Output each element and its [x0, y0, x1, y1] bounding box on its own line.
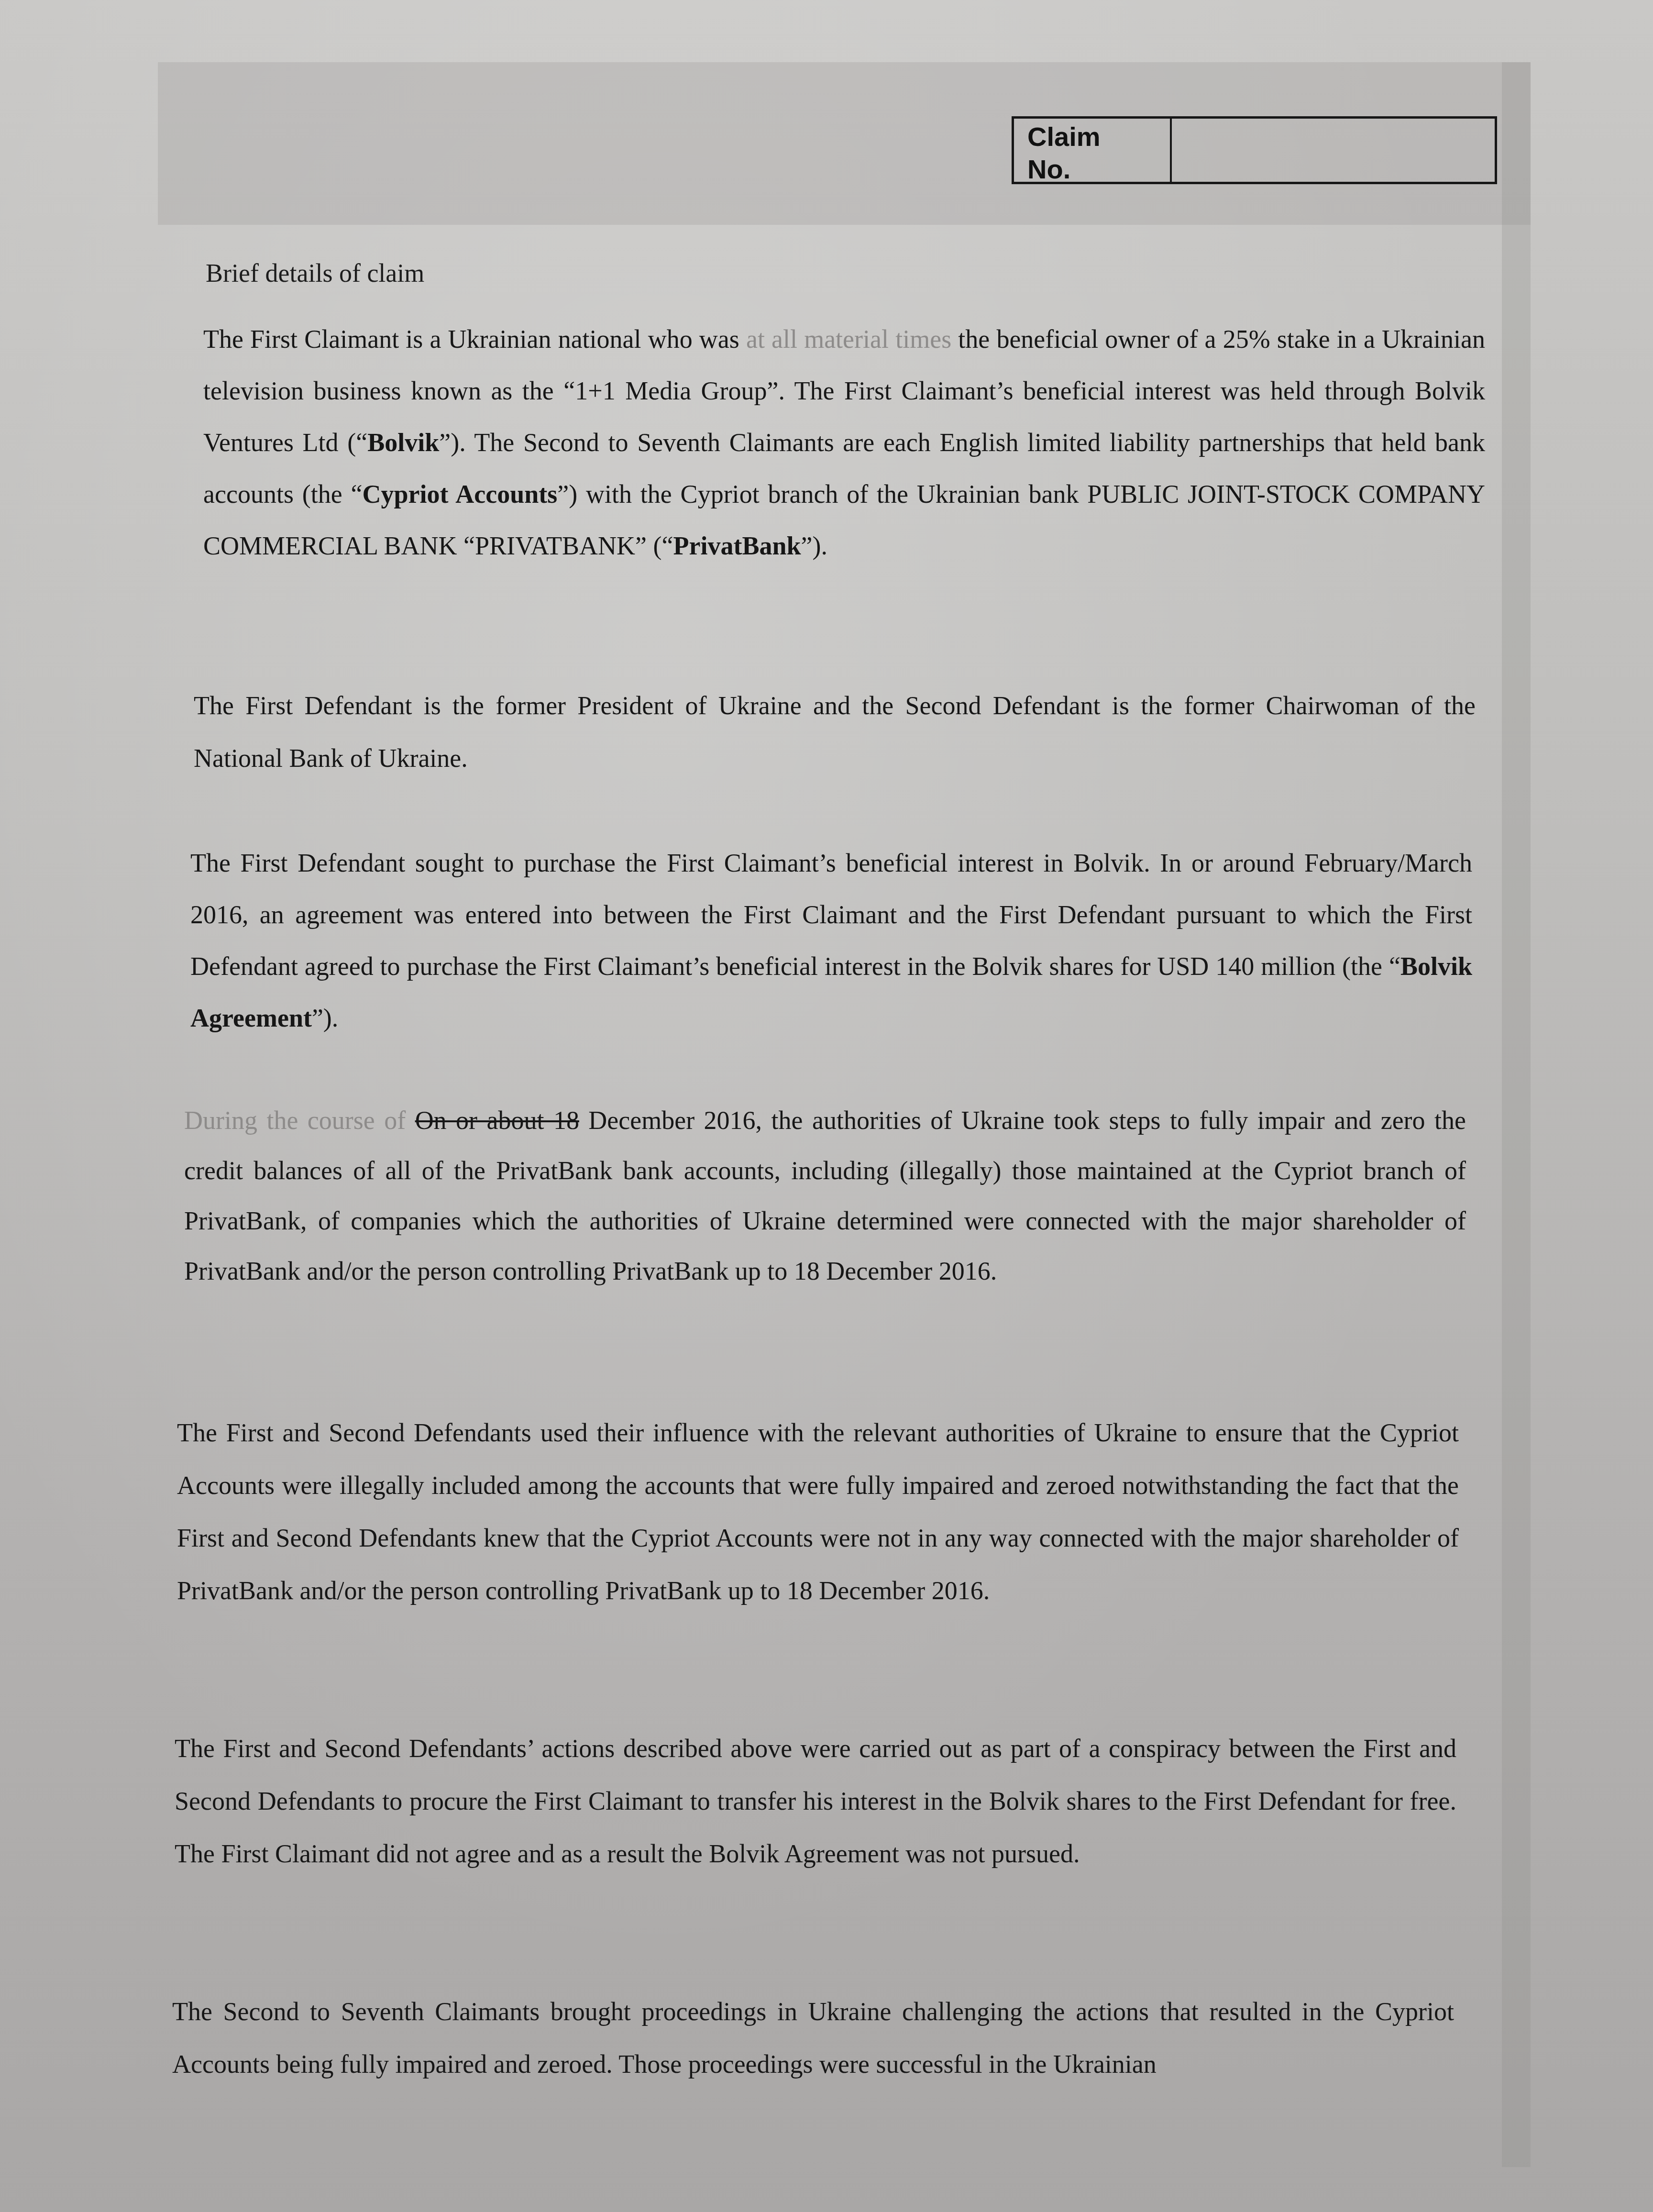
claim-number-value: [1172, 119, 1495, 182]
defined-term-privatbank: PrivatBank: [673, 531, 801, 560]
paragraph-conspiracy: The First and Second Defendants’ actions…: [175, 1722, 1456, 1880]
paragraph-proceedings: The Second to Seventh Claimants brought …: [172, 1985, 1454, 2090]
defined-term-cypriot-accounts: Cypriot Accounts: [362, 480, 557, 509]
claim-number-box: Claim No.: [1012, 116, 1497, 184]
margin-shading: [1502, 62, 1531, 2167]
paragraph-claimants: The First Claimant is a Ukrainian nation…: [203, 313, 1485, 572]
text: ”).: [801, 531, 827, 560]
document-page: Claim No. Brief details of claim The Fir…: [0, 0, 1653, 2212]
text: The First Claimant is a Ukrainian nation…: [203, 325, 746, 354]
defined-term-bolvik: Bolvik: [367, 428, 439, 457]
paragraph-december-2016: During the course of On or about 18 Dece…: [184, 1095, 1466, 1296]
tracked-deletion: On or about 18: [415, 1106, 579, 1135]
paragraph-bolvik-agreement: The First Defendant sought to purchase t…: [190, 837, 1472, 1044]
text: The First Defendant sought to purchase t…: [190, 849, 1472, 981]
section-heading: Brief details of claim: [206, 258, 424, 288]
paragraph-defendants: The First Defendant is the former Presid…: [194, 679, 1476, 785]
claim-number-label: Claim No.: [1014, 119, 1172, 182]
tracked-insertion: at all material times: [746, 325, 951, 354]
tracked-insertion: During the course of: [184, 1106, 415, 1135]
paragraph-influence: The First and Second Defendants used the…: [177, 1406, 1459, 1617]
text: ”).: [312, 1004, 338, 1032]
